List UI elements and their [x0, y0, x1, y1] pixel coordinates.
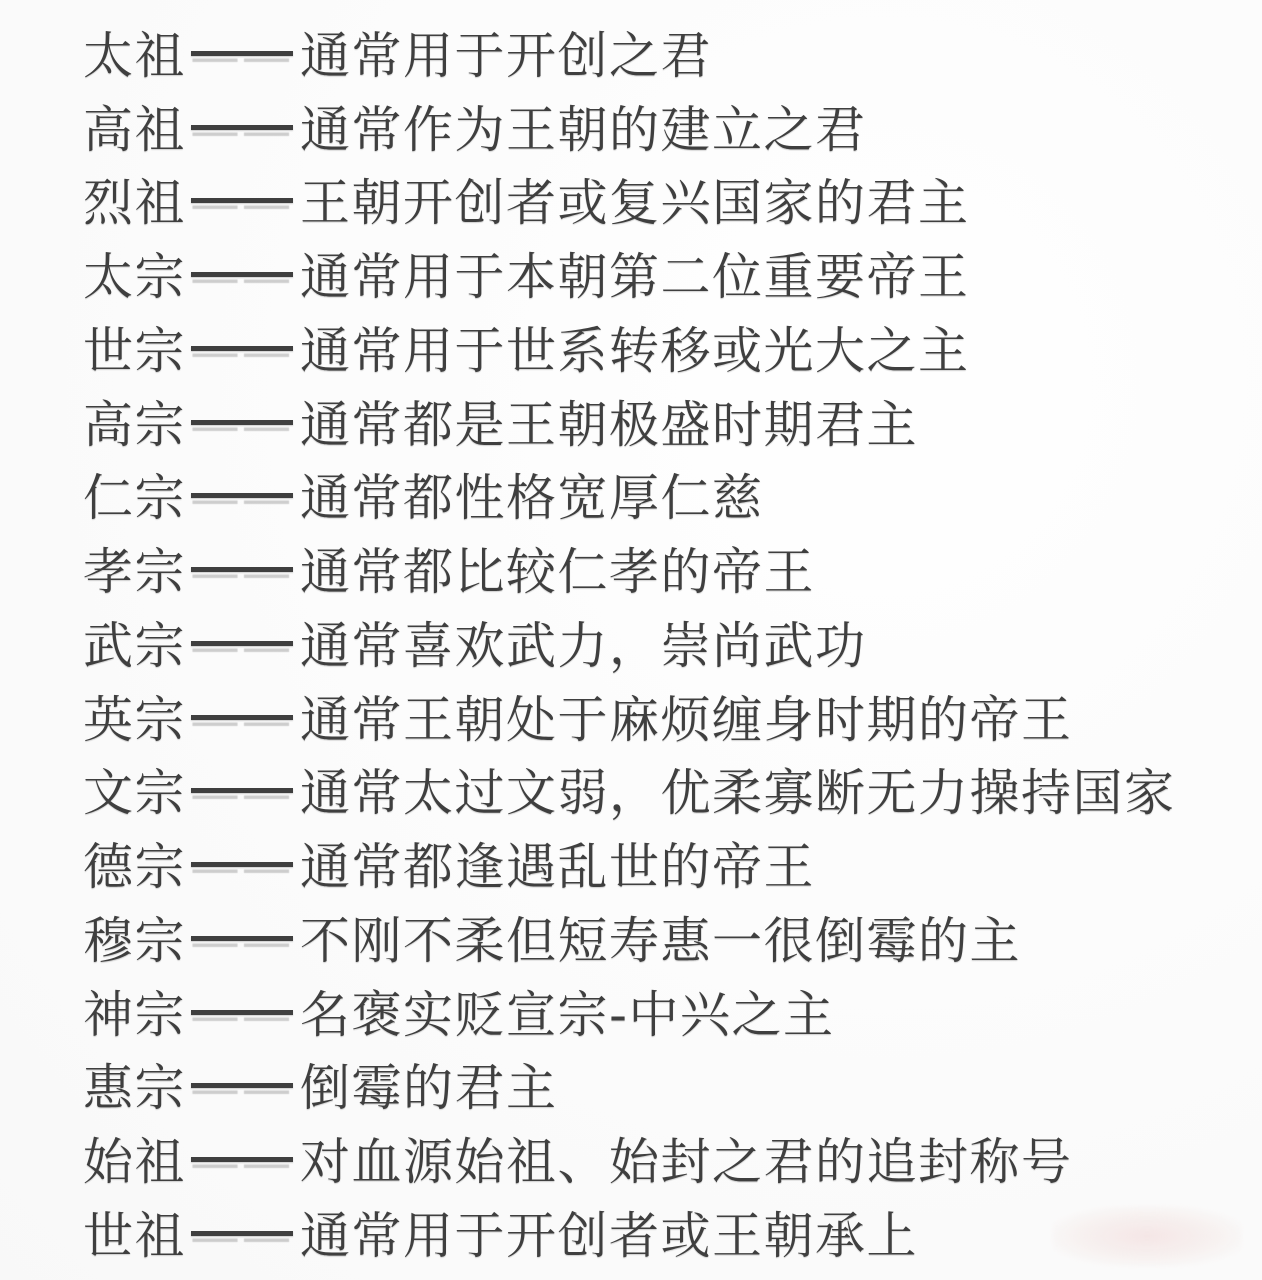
temple-description: 对血源始祖、始封之君的追封称号	[300, 1122, 1073, 1194]
separator-dash: ——	[190, 838, 294, 888]
list-item: 神宗——名褒实贬宣宗-中兴之主	[0, 974, 1262, 1048]
separator-dash: ——	[190, 617, 294, 667]
list-item: 文宗——通常太过文弱，优柔寡断无力操持国家	[0, 753, 1262, 827]
temple-description: 通常用于世系转移或光大之主	[300, 311, 970, 383]
temple-name-label: 高宗	[83, 385, 186, 457]
temple-description: 通常用于开创者或王朝承上	[300, 1196, 918, 1268]
list-item: 孝宗——通常都比较仁孝的帝王	[0, 531, 1262, 605]
temple-description: 通常用于开创之君	[300, 16, 712, 88]
temple-name-label: 英宗	[83, 680, 186, 752]
temple-name-label: 世祖	[83, 1196, 186, 1268]
separator-dash: ——	[190, 691, 294, 741]
separator-dash: ——	[190, 543, 294, 593]
temple-description: 通常用于本朝第二位重要帝王	[300, 237, 970, 309]
separator-dash: ——	[190, 764, 294, 814]
document-page: 太祖——通常用于开创之君 高祖——通常作为王朝的建立之君 烈祖——王朝开创者或复…	[0, 0, 1262, 1280]
temple-description: 通常都性格宽厚仁慈	[300, 458, 764, 530]
separator-dash: ——	[190, 396, 294, 446]
list-item: 武宗——通常喜欢武力，崇尚武功	[0, 605, 1262, 679]
temple-name-label: 文宗	[83, 753, 186, 825]
temple-description: 王朝开创者或复兴国家的君主	[300, 163, 970, 235]
temple-name-label: 孝宗	[83, 532, 186, 604]
temple-name-label: 高祖	[83, 90, 186, 162]
list-item: 始祖——对血源始祖、始封之君的追封称号	[0, 1121, 1262, 1195]
temple-name-label: 太宗	[83, 237, 186, 309]
temple-description: 通常喜欢武力，崇尚武功	[300, 606, 867, 678]
separator-dash: ——	[190, 1207, 294, 1257]
list-item: 英宗——通常王朝处于麻烦缠身时期的帝王	[0, 679, 1262, 753]
temple-description: 通常都是王朝极盛时期君主	[300, 385, 918, 457]
separator-dash: ——	[190, 1133, 294, 1183]
list-item: 世宗——通常用于世系转移或光大之主	[0, 310, 1262, 384]
temple-name-label: 武宗	[83, 606, 186, 678]
temple-name-label: 始祖	[83, 1122, 186, 1194]
temple-description: 通常作为王朝的建立之君	[300, 90, 867, 162]
list-item: 惠宗——倒霉的君主	[0, 1048, 1262, 1122]
temple-description: 名褒实贬宣宗-中兴之主	[300, 975, 835, 1047]
temple-description: 不刚不柔但短寿惠一很倒霉的主	[300, 901, 1021, 973]
list-item: 穆宗——不刚不柔但短寿惠一很倒霉的主	[0, 900, 1262, 974]
temple-name-label: 德宗	[83, 827, 186, 899]
temple-name-label: 烈祖	[83, 163, 186, 235]
temple-name-label: 仁宗	[83, 458, 186, 530]
separator-dash: ——	[190, 248, 294, 298]
separator-dash: ——	[190, 27, 294, 77]
temple-name-list: 太祖——通常用于开创之君 高祖——通常作为王朝的建立之君 烈祖——王朝开创者或复…	[0, 15, 1262, 1269]
separator-dash: ——	[190, 469, 294, 519]
temple-name-label: 太祖	[83, 16, 186, 88]
separator-dash: ——	[190, 322, 294, 372]
list-item: 高宗——通常都是王朝极盛时期君主	[0, 384, 1262, 458]
list-item: 高祖——通常作为王朝的建立之君	[0, 89, 1262, 163]
temple-name-label: 神宗	[83, 975, 186, 1047]
separator-dash: ——	[190, 174, 294, 224]
separator-dash: ——	[190, 1059, 294, 1109]
list-item: 仁宗——通常都性格宽厚仁慈	[0, 458, 1262, 532]
list-item: 太宗——通常用于本朝第二位重要帝王	[0, 236, 1262, 310]
temple-name-label: 穆宗	[83, 901, 186, 973]
temple-description: 倒霉的君主	[300, 1048, 558, 1120]
temple-name-label: 惠宗	[83, 1048, 186, 1120]
temple-description: 通常太过文弱，优柔寡断无力操持国家	[300, 753, 1176, 825]
list-item: 烈祖——王朝开创者或复兴国家的君主	[0, 163, 1262, 237]
temple-name-label: 世宗	[83, 311, 186, 383]
temple-description: 通常都比较仁孝的帝王	[300, 532, 815, 604]
separator-dash: ——	[190, 912, 294, 962]
temple-description: 通常王朝处于麻烦缠身时期的帝王	[300, 680, 1073, 752]
list-item: 太祖——通常用于开创之君	[0, 15, 1262, 89]
list-item: 德宗——通常都逢遇乱世的帝王	[0, 826, 1262, 900]
separator-dash: ——	[190, 986, 294, 1036]
temple-description: 通常都逢遇乱世的帝王	[300, 827, 815, 899]
list-item: 世祖——通常用于开创者或王朝承上	[0, 1195, 1262, 1269]
separator-dash: ——	[190, 101, 294, 151]
